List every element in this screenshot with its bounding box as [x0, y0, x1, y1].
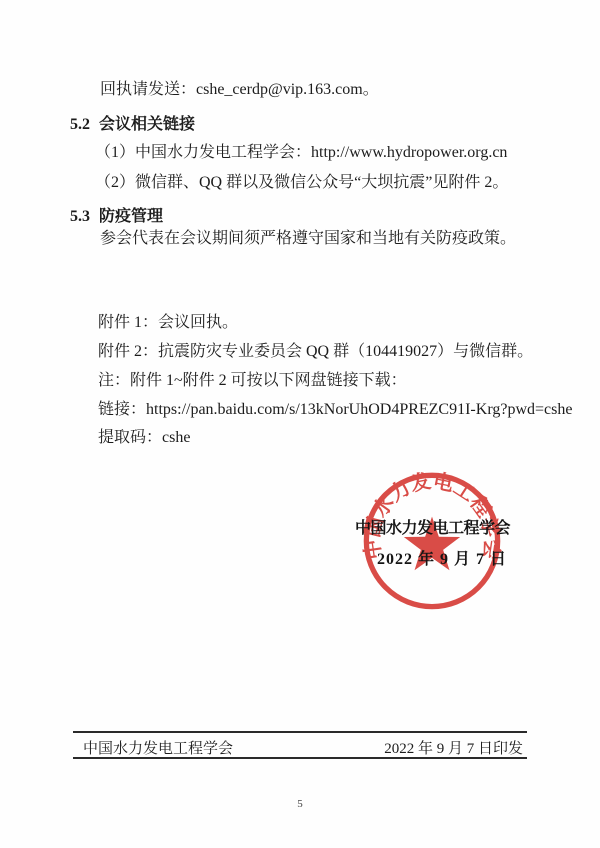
- section-heading-5-3: 5.3防疫管理: [70, 203, 163, 226]
- document-page: 回执请发送：cshe_cerdp@vip.163.com。 5.2会议相关链接 …: [0, 0, 600, 848]
- signature-org-line: 中国水力发电工程学会: [355, 515, 510, 538]
- covid-policy-paragraph: 参会代表在会议期间须严格遵守国家和当地有关防疫政策。: [100, 229, 516, 248]
- footer-issue-date: 2022 年 9 月 7 日印发: [384, 737, 527, 758]
- link-item-1: （1）中国水力发电工程学会：http://www.hydropower.org.…: [95, 143, 507, 162]
- section-title: 会议相关链接: [99, 116, 195, 133]
- footer: 中国水力发电工程学会 2022 年 9 月 7 日印发: [73, 737, 527, 758]
- footer-org-name: 中国水力发电工程学会: [73, 737, 233, 758]
- signature-date-line: 2022 年 9 月 7 日: [377, 546, 507, 569]
- official-seal: 中国水力发电工程学会: [360, 470, 504, 614]
- section-number: 5.3: [70, 208, 90, 225]
- section-number: 5.2: [70, 116, 90, 133]
- attachment-1-line: 附件 1：会议回执。: [98, 313, 238, 332]
- reply-email-line: 回执请发送：cshe_cerdp@vip.163.com。: [100, 80, 379, 99]
- pan-link-line: 链接：https://pan.baidu.com/s/13kNorUhOD4PR…: [98, 400, 572, 419]
- footer-rule-bottom: [73, 757, 527, 759]
- footer-rule-top: [73, 731, 527, 733]
- extraction-code-line: 提取码：cshe: [98, 428, 190, 447]
- link-item-2: （2）微信群、QQ 群以及微信公众号“大坝抗震”见附件 2。: [95, 173, 508, 192]
- seal-graphic: 中国水力发电工程学会: [360, 470, 504, 614]
- page-number: 5: [0, 798, 600, 810]
- attachment-2-line: 附件 2：抗震防灾专业委员会 QQ 群（104419027）与微信群。: [98, 342, 533, 361]
- section-title: 防疫管理: [99, 208, 163, 225]
- download-note-line: 注：附件 1~附件 2 可按以下网盘链接下载：: [98, 371, 407, 390]
- section-heading-5-2: 5.2会议相关链接: [70, 111, 195, 134]
